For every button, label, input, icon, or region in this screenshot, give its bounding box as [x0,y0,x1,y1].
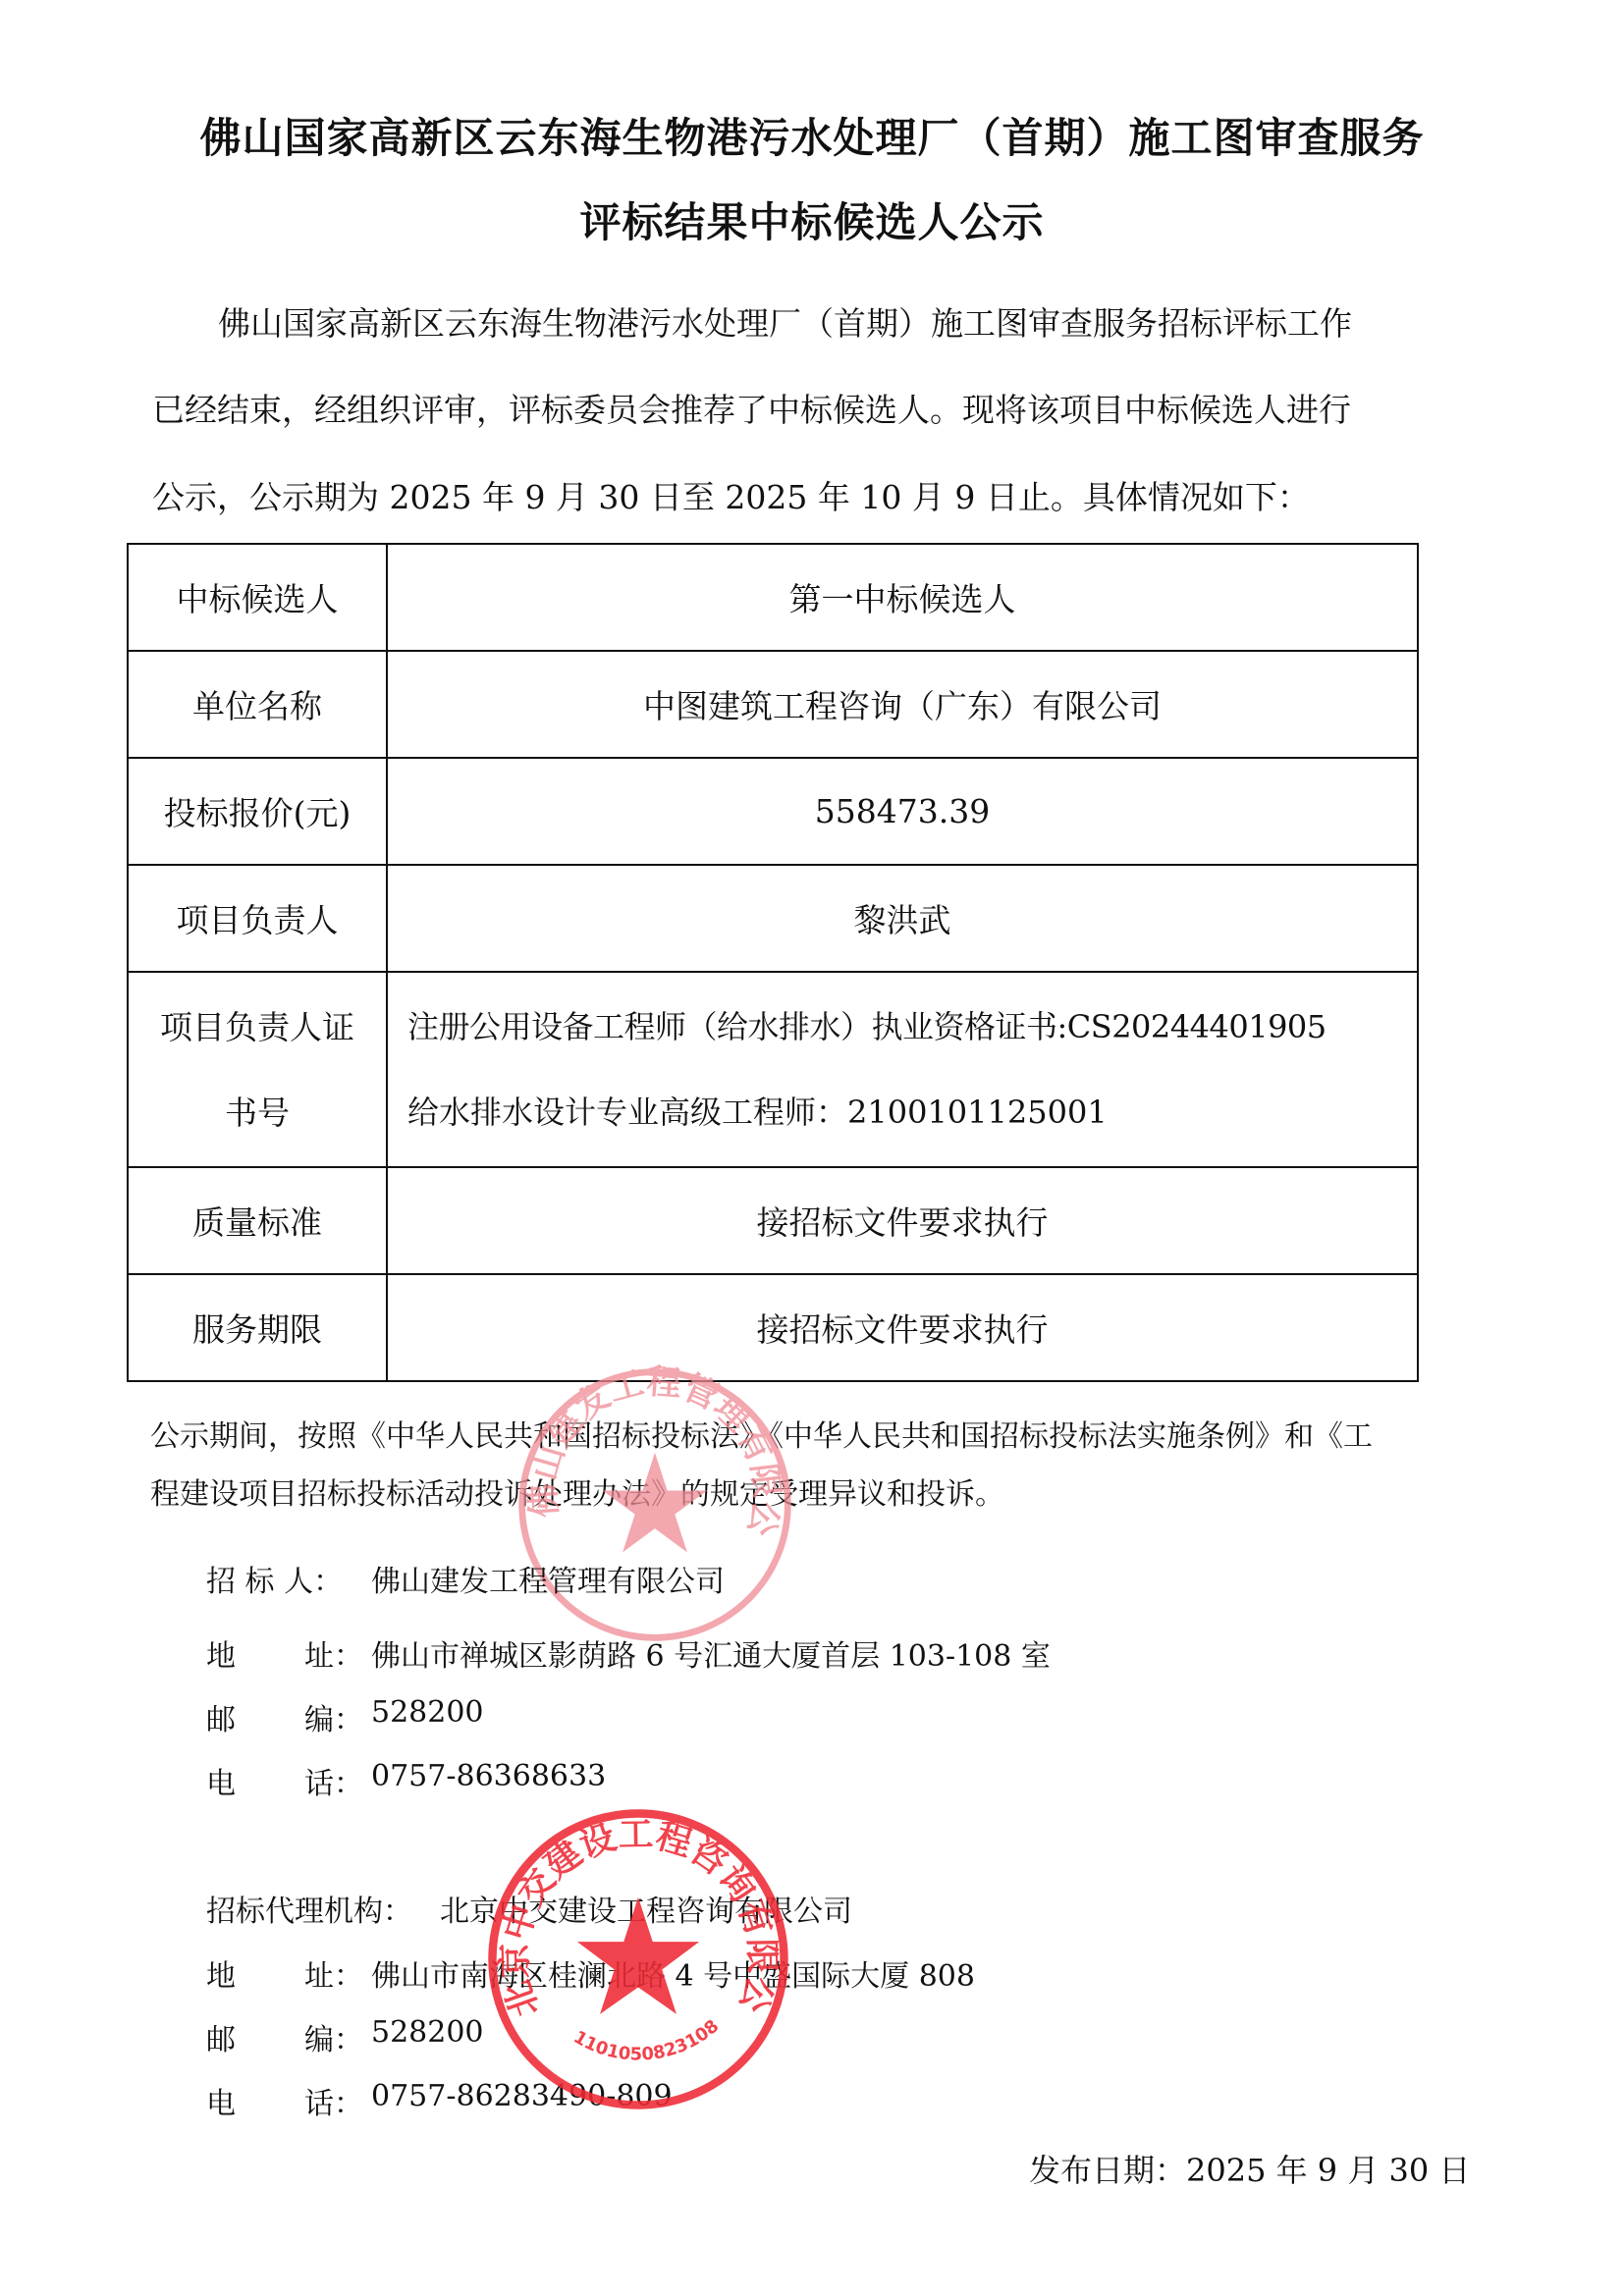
table-row: 项目负责人证 书号 注册公用设备工程师（给水排水）执业资格证书:CS202444… [128,972,1418,1167]
tenderer-name: 佛山建发工程管理有限公司 [371,1557,725,1600]
tenderer-address-label-b: 址： [304,1631,363,1675]
notice-line2: 程建设项目招标投标活动投诉处理办法》的规定受理异议和投诉。 [150,1469,1004,1513]
agent-name-label: 招标代理机构： [206,1887,412,1930]
row-value-line2: 给水排水设计专业高级工程师：2100101125001 [407,1070,1417,1155]
row-value-line1: 注册公用设备工程师（给水排水）执业资格证书:CS20244401905 [407,985,1417,1070]
row-label: 项目负责人证 书号 [128,972,387,1167]
row-value: 558473.39 [387,758,1418,865]
tenderer-phone: 0757-86368633 [371,1759,606,1793]
row-value: 黎洪武 [387,865,1418,972]
table-row: 服务期限 接招标文件要求执行 [128,1274,1418,1381]
intro-line2: 已经结束，经组织评审，评标委员会推荐了中标候选人。现将该项目中标候选人进行 [152,394,1351,426]
svg-text:1101050823108: 1101050823108 [569,2016,723,2065]
tenderer-postcode-label-b: 编： [304,1695,363,1738]
row-label: 质量标准 [128,1167,387,1274]
agent-postcode-label-a: 邮 [206,2015,236,2058]
table-row: 单位名称 中图建筑工程咨询（广东）有限公司 [128,651,1418,758]
table-row: 中标候选人 第一中标候选人 [128,544,1418,651]
row-label-line2: 书号 [129,1070,386,1155]
row-value: 注册公用设备工程师（给水排水）执业资格证书:CS20244401905 给水排水… [387,972,1418,1167]
row-label: 投标报价(元) [128,758,387,865]
intro-line3: 公示，公示期为 2025 年 9 月 30 日至 2025 年 10 月 9 日… [152,481,1310,513]
tenderer-postcode: 528200 [371,1695,484,1730]
agent-address-label-a: 地 [206,1951,236,1995]
agent-phone-label-a: 电 [206,2079,236,2122]
row-value: 接招标文件要求执行 [387,1167,1418,1274]
document-title-line1: 佛山国家高新区云东海生物港污水处理厂（首期）施工图审查服务 [0,106,1624,165]
tenderer-phone-label-a: 电 [206,1759,236,1802]
publish-date: 发布日期：2025 年 9 月 30 日 [1029,2146,1470,2191]
agent-stamp-code: 1101050823108 [569,2016,723,2065]
table-row: 质量标准 接招标文件要求执行 [128,1167,1418,1274]
row-label-line1: 项目负责人证 [129,985,386,1070]
notice-line1: 公示期间，按照《中华人民共和国招标投标法》《中华人民共和国招标投标法实施条例》和… [150,1412,1373,1455]
agent-postcode-label-b: 编： [304,2015,363,2058]
tenderer-phone-label-b: 话： [304,1759,363,1802]
agent-phone: 0757-86283490-809 [371,2079,673,2113]
tenderer-address-label-a: 地 [206,1631,236,1675]
document-title-line2: 评标结果中标候选人公示 [0,190,1624,249]
row-label: 服务期限 [128,1274,387,1381]
table-row: 项目负责人 黎洪武 [128,865,1418,972]
agent-postcode: 528200 [371,2015,484,2050]
row-label: 单位名称 [128,651,387,758]
agent-address-label-b: 址： [304,1951,363,1995]
candidate-table: 中标候选人 第一中标候选人 单位名称 中图建筑工程咨询（广东）有限公司 投标报价… [127,543,1419,1382]
agent-name: 北京中交建设工程咨询有限公司 [440,1887,852,1930]
tenderer-name-label: 招 标 人： [206,1557,343,1600]
tenderer-postcode-label-a: 邮 [206,1695,236,1738]
row-value: 第一中标候选人 [387,544,1418,651]
tenderer-address: 佛山市禅城区影荫路 6 号汇通大厦首层 103-108 室 [371,1631,1051,1675]
intro-line1: 佛山国家高新区云东海生物港污水处理厂（首期）施工图审查服务招标评标工作 [218,307,1352,340]
row-label: 中标候选人 [128,544,387,651]
row-label: 项目负责人 [128,865,387,972]
table-row: 投标报价(元) 558473.39 [128,758,1418,865]
row-value: 接招标文件要求执行 [387,1274,1418,1381]
agent-address: 佛山市南海区桂澜北路 4 号中盛国际大厦 808 [371,1951,975,1995]
row-value: 中图建筑工程咨询（广东）有限公司 [387,651,1418,758]
agent-phone-label-b: 话： [304,2079,363,2122]
